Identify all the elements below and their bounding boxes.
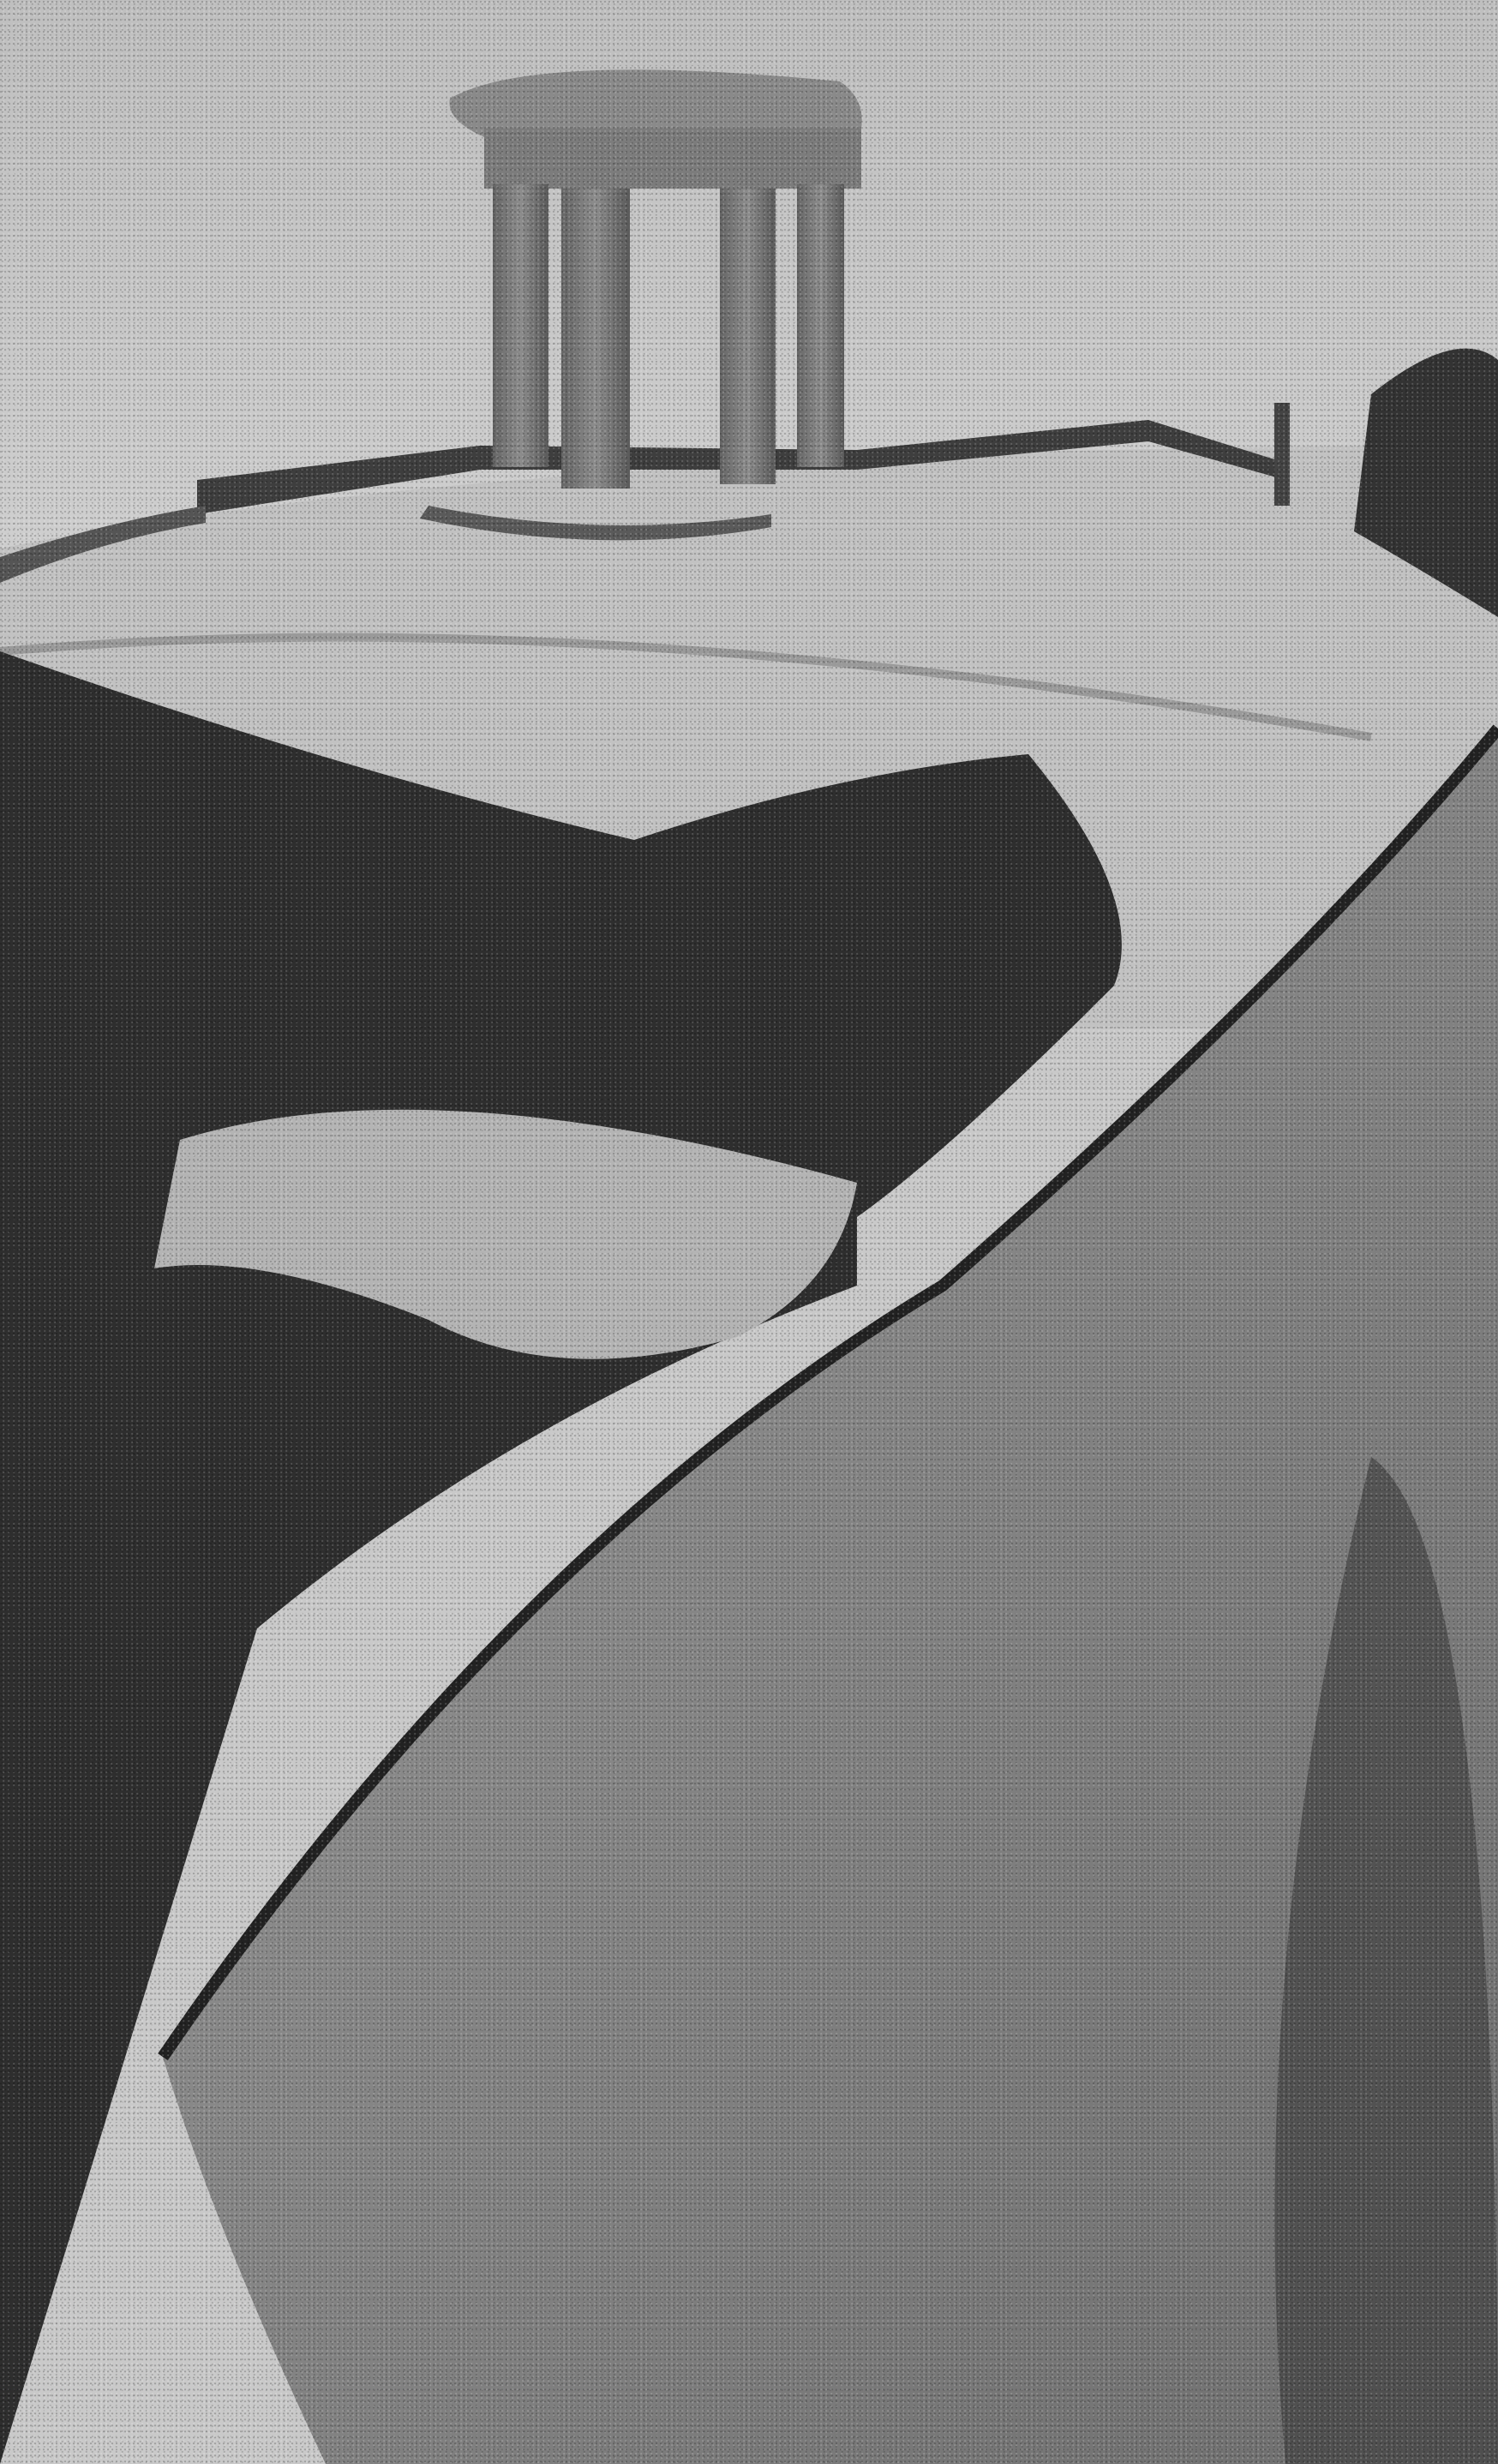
rotunda-roof — [450, 69, 862, 137]
railing-post — [1274, 403, 1290, 506]
scene — [0, 0, 1498, 2464]
column-1 — [493, 184, 548, 467]
photograph — [0, 0, 1498, 2464]
column-4 — [797, 184, 844, 467]
column-3 — [720, 189, 776, 484]
rotunda-entablature — [484, 129, 861, 189]
column-2 — [561, 189, 630, 489]
